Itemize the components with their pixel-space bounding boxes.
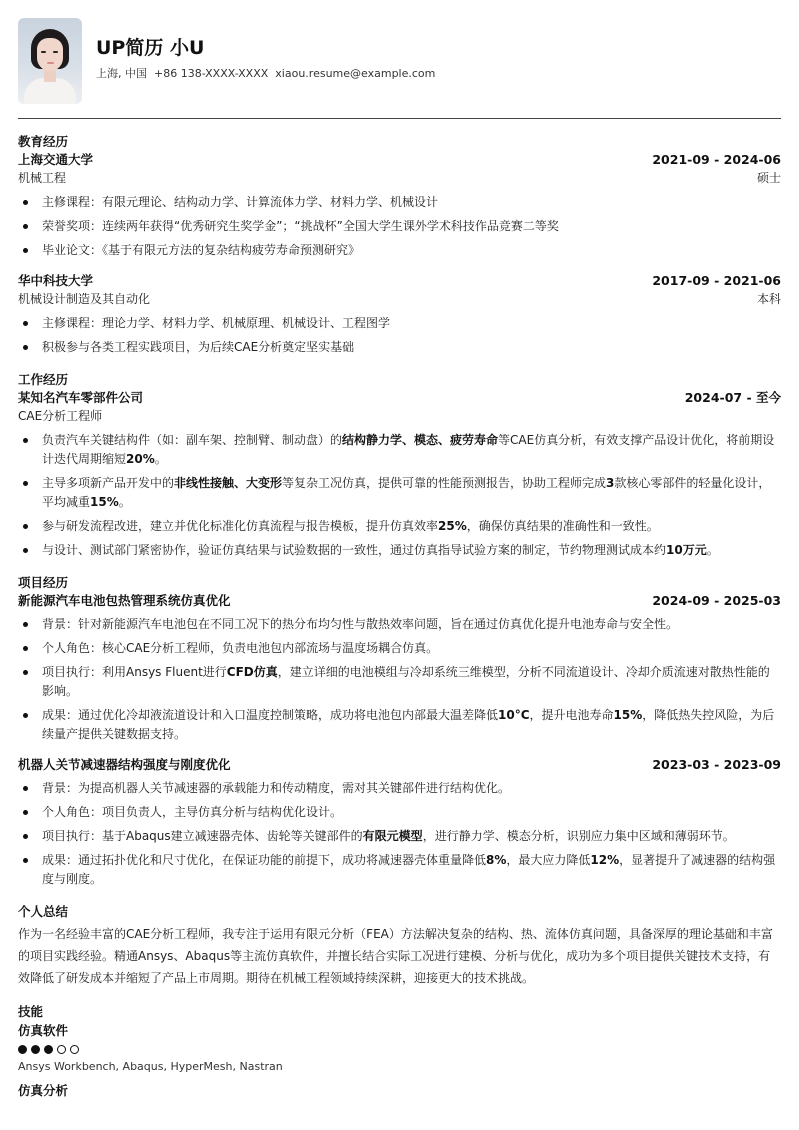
bullet-item: 荣誉奖项：连续两年获得“优秀研究生奖学金”；“挑战杯”全国大学生课外学术科技作品… [18,217,781,236]
empty-dot-icon [70,1045,79,1054]
filled-dot-icon [18,1045,27,1054]
skill-description: Ansys Workbench, Abaqus, HyperMesh, Nast… [18,1058,781,1075]
school-name: 上海交通大学 [18,151,93,169]
skill-level-rating [18,1045,781,1054]
education-entry: 上海交通大学 2021-09 - 2024-06 机械工程 硕士 主修课程：有限… [18,151,781,260]
skill-item: 仿真软件 Ansys Workbench, Abaqus, HyperMesh,… [18,1021,781,1075]
bullet-item: 主修课程：理论力学、材料力学、机械原理、机械设计、工程图学 [18,314,781,333]
summary-section: 个人总结 作为一名经验丰富的CAE分析工程师，我专注于运用有限元分析（FEA）方… [18,903,781,989]
bullet-item: 主导多项新产品开发中的非线性接触、大变形等复杂工况仿真，提供可靠的性能预测报告，… [18,474,781,512]
section-title: 技能 [18,1003,781,1021]
project-entry: 机器人关节减速器结构强度与刚度优化 2023-03 - 2023-09 背景：为… [18,756,781,889]
degree: 本科 [757,290,781,309]
company-name: 某知名汽车零部件公司 [18,389,143,407]
resume-page: UP简历 小U 上海, 中国 +86 138-XXXX-XXXX xiaou.r… [0,0,799,1100]
filled-dot-icon [44,1045,53,1054]
bullet-item: 主修课程：有限元理论、结构动力学、计算流体力学、材料力学、机械设计 [18,193,781,212]
skill-name: 仿真分析 [18,1081,781,1100]
bullet-item: 与设计、测试部门紧密协作，验证仿真结果与试验数据的一致性，通过仿真指导试验方案的… [18,541,781,560]
job-role: CAE分析工程师 [18,407,781,426]
bullet-item: 成果：通过拓扑优化和尺寸优化，在保证功能的前提下，成功将减速器壳体重量降低8%，… [18,851,781,889]
bullet-item: 背景：为提高机器人关节减速器的承载能力和传动精度，需对其关键部件进行结构优化。 [18,779,781,798]
section-title: 教育经历 [18,133,781,151]
project-entry: 新能源汽车电池包热管理系统仿真优化 2024-09 - 2025-03 背景：针… [18,592,781,744]
section-title: 项目经历 [18,574,781,592]
major: 机械设计制造及其自动化 [18,290,150,309]
location: 上海, 中国 [96,66,147,83]
skill-name: 仿真软件 [18,1021,781,1040]
bullet-item: 背景：针对新能源汽车电池包在不同工况下的热分布均匀性与散热效率问题，旨在通过仿真… [18,615,781,634]
bullet-item: 项目执行：基于Abaqus建立减速器壳体、齿轮等关键部件的有限元模型，进行静力学… [18,827,781,846]
skills-section: 技能 仿真软件 Ansys Workbench, Abaqus, HyperMe… [18,1003,781,1100]
education-entry: 华中科技大学 2017-09 - 2021-06 机械设计制造及其自动化 本科 … [18,272,781,357]
major: 机械工程 [18,169,66,188]
email: xiaou.resume@example.com [275,66,435,83]
section-title: 个人总结 [18,903,781,921]
bullet-item: 个人角色：项目负责人，主导仿真分析与结构优化设计。 [18,803,781,822]
profile-photo [18,18,82,104]
bullet-item: 积极参与各类工程实践项目，为后续CAE分析奠定坚实基础 [18,338,781,357]
date-range: 2024-07 - 至今 [685,389,781,407]
header-divider [18,118,781,119]
bullet-item: 成果：通过优化冷却液流道设计和入口温度控制策略，成功将电池包内部最大温差降低10… [18,706,781,744]
bullet-list: 背景：为提高机器人关节减速器的承载能力和传动精度，需对其关键部件进行结构优化。个… [18,779,781,889]
skill-item: 仿真分析 [18,1081,781,1100]
degree: 硕士 [757,169,781,188]
contact-line: 上海, 中国 +86 138-XXXX-XXXX xiaou.resume@ex… [96,66,435,83]
work-entry: 某知名汽车零部件公司 2024-07 - 至今 CAE分析工程师 负责汽车关键结… [18,389,781,560]
bullet-item: 项目执行：利用Ansys Fluent进行CFD仿真，建立详细的电池模组与冷却系… [18,663,781,701]
phone: +86 138-XXXX-XXXX [154,66,268,83]
resume-header: UP简历 小U 上海, 中国 +86 138-XXXX-XXXX xiaou.r… [18,0,781,118]
work-section: 工作经历 某知名汽车零部件公司 2024-07 - 至今 CAE分析工程师 负责… [18,371,781,560]
bullet-list: 主修课程：有限元理论、结构动力学、计算流体力学、材料力学、机械设计 荣誉奖项：连… [18,193,781,260]
school-name: 华中科技大学 [18,272,93,290]
project-name: 新能源汽车电池包热管理系统仿真优化 [18,592,231,610]
date-range: 2021-09 - 2024-06 [652,151,781,169]
summary-text: 作为一名经验丰富的CAE分析工程师，我专注于运用有限元分析（FEA）方法解决复杂… [18,923,781,989]
bullet-item: 参与研发流程改进，建立并优化标准化仿真流程与报告模板，提升仿真效率25%，确保仿… [18,517,781,536]
bullet-list: 背景：针对新能源汽车电池包在不同工况下的热分布均匀性与散热效率问题，旨在通过仿真… [18,615,781,744]
education-section: 教育经历 上海交通大学 2021-09 - 2024-06 机械工程 硕士 主修… [18,133,781,357]
projects-section: 项目经历 新能源汽车电池包热管理系统仿真优化 2024-09 - 2025-03… [18,574,781,889]
date-range: 2017-09 - 2021-06 [652,272,781,290]
section-title: 工作经历 [18,371,781,389]
bullet-list: 负责汽车关键结构件（如：副车架、控制臂、制动盘）的结构静力学、模态、疲劳寿命等C… [18,431,781,560]
filled-dot-icon [31,1045,40,1054]
candidate-name: UP简历 小U [96,36,435,61]
date-range: 2023-03 - 2023-09 [652,756,781,774]
project-name: 机器人关节减速器结构强度与刚度优化 [18,756,231,774]
bullet-list: 主修课程：理论力学、材料力学、机械原理、机械设计、工程图学 积极参与各类工程实践… [18,314,781,357]
bullet-item: 负责汽车关键结构件（如：副车架、控制臂、制动盘）的结构静力学、模态、疲劳寿命等C… [18,431,781,469]
bullet-item: 个人角色：核心CAE分析工程师，负责电池包内部流场与温度场耦合仿真。 [18,639,781,658]
name-block: UP简历 小U 上海, 中国 +86 138-XXXX-XXXX xiaou.r… [96,36,435,82]
bullet-item: 毕业论文：《基于有限元方法的复杂结构疲劳寿命预测研究》 [18,241,781,260]
empty-dot-icon [57,1045,66,1054]
date-range: 2024-09 - 2025-03 [652,592,781,610]
